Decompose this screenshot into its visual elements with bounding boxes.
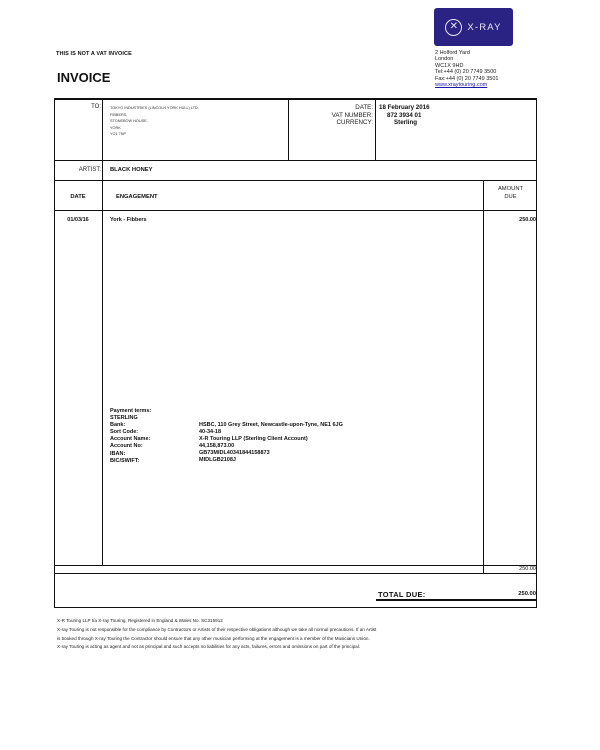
total-due-label: TOTAL DUE:: [378, 590, 426, 599]
divider: [54, 180, 537, 181]
currency-label: CURRENCY:: [290, 119, 373, 127]
table-row-date: 01/03/16: [54, 217, 102, 223]
amount-header-line: AMOUNT: [484, 186, 537, 194]
table-row-amount: 250.00: [484, 217, 536, 223]
vat-number-label: VAT NUMBER:: [290, 112, 373, 120]
amount-header-line: DUE: [484, 194, 537, 202]
iban-value: GB73MIDL40341844158873: [199, 450, 343, 457]
artist-name: BLACK HONEY: [110, 167, 153, 173]
divider: [483, 180, 484, 573]
currency: Sterling: [379, 119, 430, 127]
footer-line: X-ray Touring is acting as agent and not…: [57, 643, 376, 652]
table-row-engagement: York - Fibbers: [110, 217, 147, 223]
page-title: INVOICE: [57, 70, 110, 85]
bank-value: HSBC, 110 Grey Street, Newcastle-upon-Ty…: [199, 422, 343, 429]
brand-logo: ✕ X-RAY: [434, 8, 513, 46]
footer-line: X-ray Touring is not responsible for the…: [57, 626, 376, 635]
bill-to-line: TOKYO INDUSTRIES (LINCOLN YORK HULL) LTD…: [110, 105, 199, 112]
sort-code-value: 40-34-18: [199, 429, 343, 436]
column-header-date: DATE: [54, 194, 102, 200]
vat-number: 872 3934 01: [379, 112, 430, 120]
phone-line: Tel:+44 (0) 20 7749 3500: [435, 69, 498, 75]
company-address: 2 Holford Yard London WC1X 9HD Tel:+44 (…: [435, 50, 498, 88]
bill-to-address: TOKYO INDUSTRIES (LINCOLN YORK HULL) LTD…: [110, 105, 199, 138]
footer-line: X-R Touring LLP t/a X-ray Touring, Regis…: [57, 617, 376, 626]
bic-swift-value: MIDLGB2108J: [199, 457, 343, 464]
column-header-engagement: ENGAGEMENT: [116, 194, 158, 200]
invoice-meta-values: 18 February 2016 872 3934 01 Sterling: [379, 104, 430, 127]
invoice-table: [54, 99, 537, 608]
artist-label: ARTIST:: [54, 167, 101, 173]
payment-terms-value: STERLING: [110, 415, 151, 422]
website-link[interactable]: www.xraytouring.com: [435, 82, 498, 88]
divider: [375, 99, 376, 160]
footer-line: is booked through X-ray Touring the Cont…: [57, 635, 376, 644]
payment-values: HSBC, 110 Grey Street, Newcastle-upon-Ty…: [199, 422, 343, 465]
divider: [102, 180, 103, 565]
bic-swift-label: BIC/SWIFT:: [110, 458, 151, 465]
divider: [102, 160, 103, 180]
divider: [288, 99, 289, 160]
account-name-value: X-R Touring LLP (Sterling Client Account…: [199, 436, 343, 443]
footer-disclaimer: X-R Touring LLP t/a X-ray Touring, Regis…: [57, 617, 376, 652]
payment-labels: Payment terms: STERLING Bank: Sort Code:…: [110, 408, 151, 465]
sort-code-label: Sort Code:: [110, 429, 151, 436]
date-label: DATE:: [290, 104, 373, 112]
column-header-amount: AMOUNT DUE: [484, 186, 537, 201]
divider: [54, 565, 537, 566]
brand-name: X-RAY: [467, 22, 501, 33]
divider: [102, 99, 103, 160]
iban-label: IBAN:: [110, 451, 151, 458]
divider: [54, 573, 537, 574]
divider: [54, 160, 537, 161]
account-no-label: Account No:: [110, 443, 151, 450]
divider: [54, 210, 537, 211]
account-name-label: Account Name:: [110, 436, 151, 443]
invoice-meta-labels: DATE: VAT NUMBER: CURRENCY:: [290, 104, 373, 127]
bill-to-line: YO1 7NP: [110, 131, 199, 138]
total-underline: [376, 599, 537, 601]
x-circle-icon: ✕: [445, 19, 462, 36]
bank-label: Bank:: [110, 422, 151, 429]
account-no-value: 44,158,873.00: [199, 443, 343, 450]
total-due-value: 250.00: [484, 591, 536, 597]
payment-terms-label: Payment terms:: [110, 408, 151, 415]
subtotal: 250.00: [484, 566, 536, 572]
to-label: TO:: [54, 104, 101, 110]
vat-notice: THIS IS NOT A VAT INVOICE: [56, 51, 132, 57]
divider: [54, 98, 537, 100]
invoice-date: 18 February 2016: [379, 104, 430, 112]
